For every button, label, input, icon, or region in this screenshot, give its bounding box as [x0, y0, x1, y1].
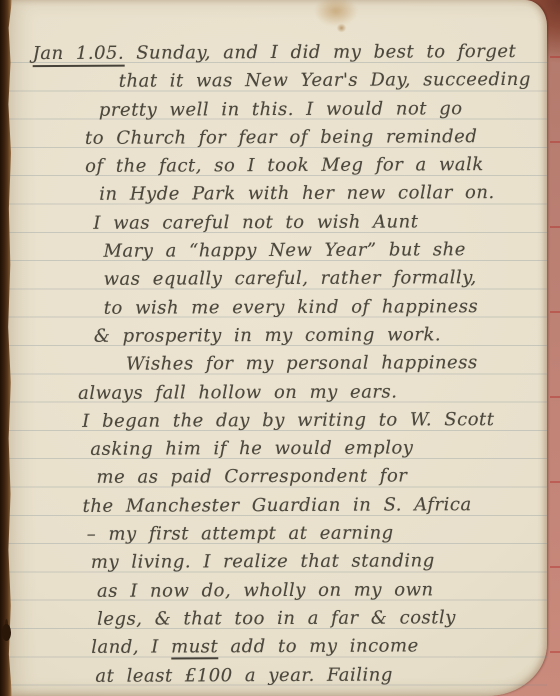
diary-line: Wishes for my personal happiness [12, 349, 545, 380]
diary-line: at least £100 a year. Failing [13, 660, 546, 691]
handwriting-block: Jan 1.05.Sunday, and I did my best to fo… [11, 38, 547, 691]
diary-line: asking him if he would employ [12, 434, 545, 465]
diary-line: of the fact, so I took Meg for a walk [11, 151, 544, 182]
diary-line: pretty well in this. I would not go [11, 94, 544, 125]
diary-line: land, I must add to my income [13, 632, 546, 663]
diary-line: I began the day by writing to W. Scott [12, 406, 545, 437]
diary-line: was equally careful, rather formally, [12, 264, 545, 295]
diary-page: Jan 1.05.Sunday, and I did my best to fo… [6, 0, 547, 696]
diary-line: legs, & that too in a far & costly [13, 604, 546, 635]
diary-line: always fall hollow on my ears. [12, 377, 545, 408]
date-heading: Jan 1.05. [33, 43, 125, 67]
diary-line: Mary a “happy New Year” but she [11, 236, 544, 267]
diary-line: Jan 1.05.Sunday, and I did my best to fo… [11, 38, 544, 69]
diary-line: & prosperity in my coming work. [12, 321, 545, 352]
diary-line: me as paid Correspondent for [12, 462, 545, 493]
paper-stain-dot [335, 22, 348, 34]
diary-line: to Church for fear of being reminded [11, 123, 544, 154]
diary-line: the Manchester Guardian in S. Africa [13, 491, 546, 522]
binding-ink-spot [2, 624, 11, 641]
diary-line: I was careful not to wish Aunt [11, 208, 544, 239]
diary-line: that it was New Year's Day, succeeding [11, 66, 544, 97]
diary-line: – my first attempt at earning [13, 519, 546, 550]
diary-photo: Jan 1.05.Sunday, and I did my best to fo… [0, 0, 560, 696]
diary-line: in Hyde Park with her new collar on. [11, 179, 544, 210]
next-page-ruled-edge [550, 56, 560, 656]
diary-line: my living. I realize that standing [13, 547, 546, 578]
diary-line: as I now do, wholly on my own [13, 575, 546, 606]
underlined-word: must [171, 637, 218, 660]
diary-line: to wish me every kind of happiness [12, 293, 545, 324]
